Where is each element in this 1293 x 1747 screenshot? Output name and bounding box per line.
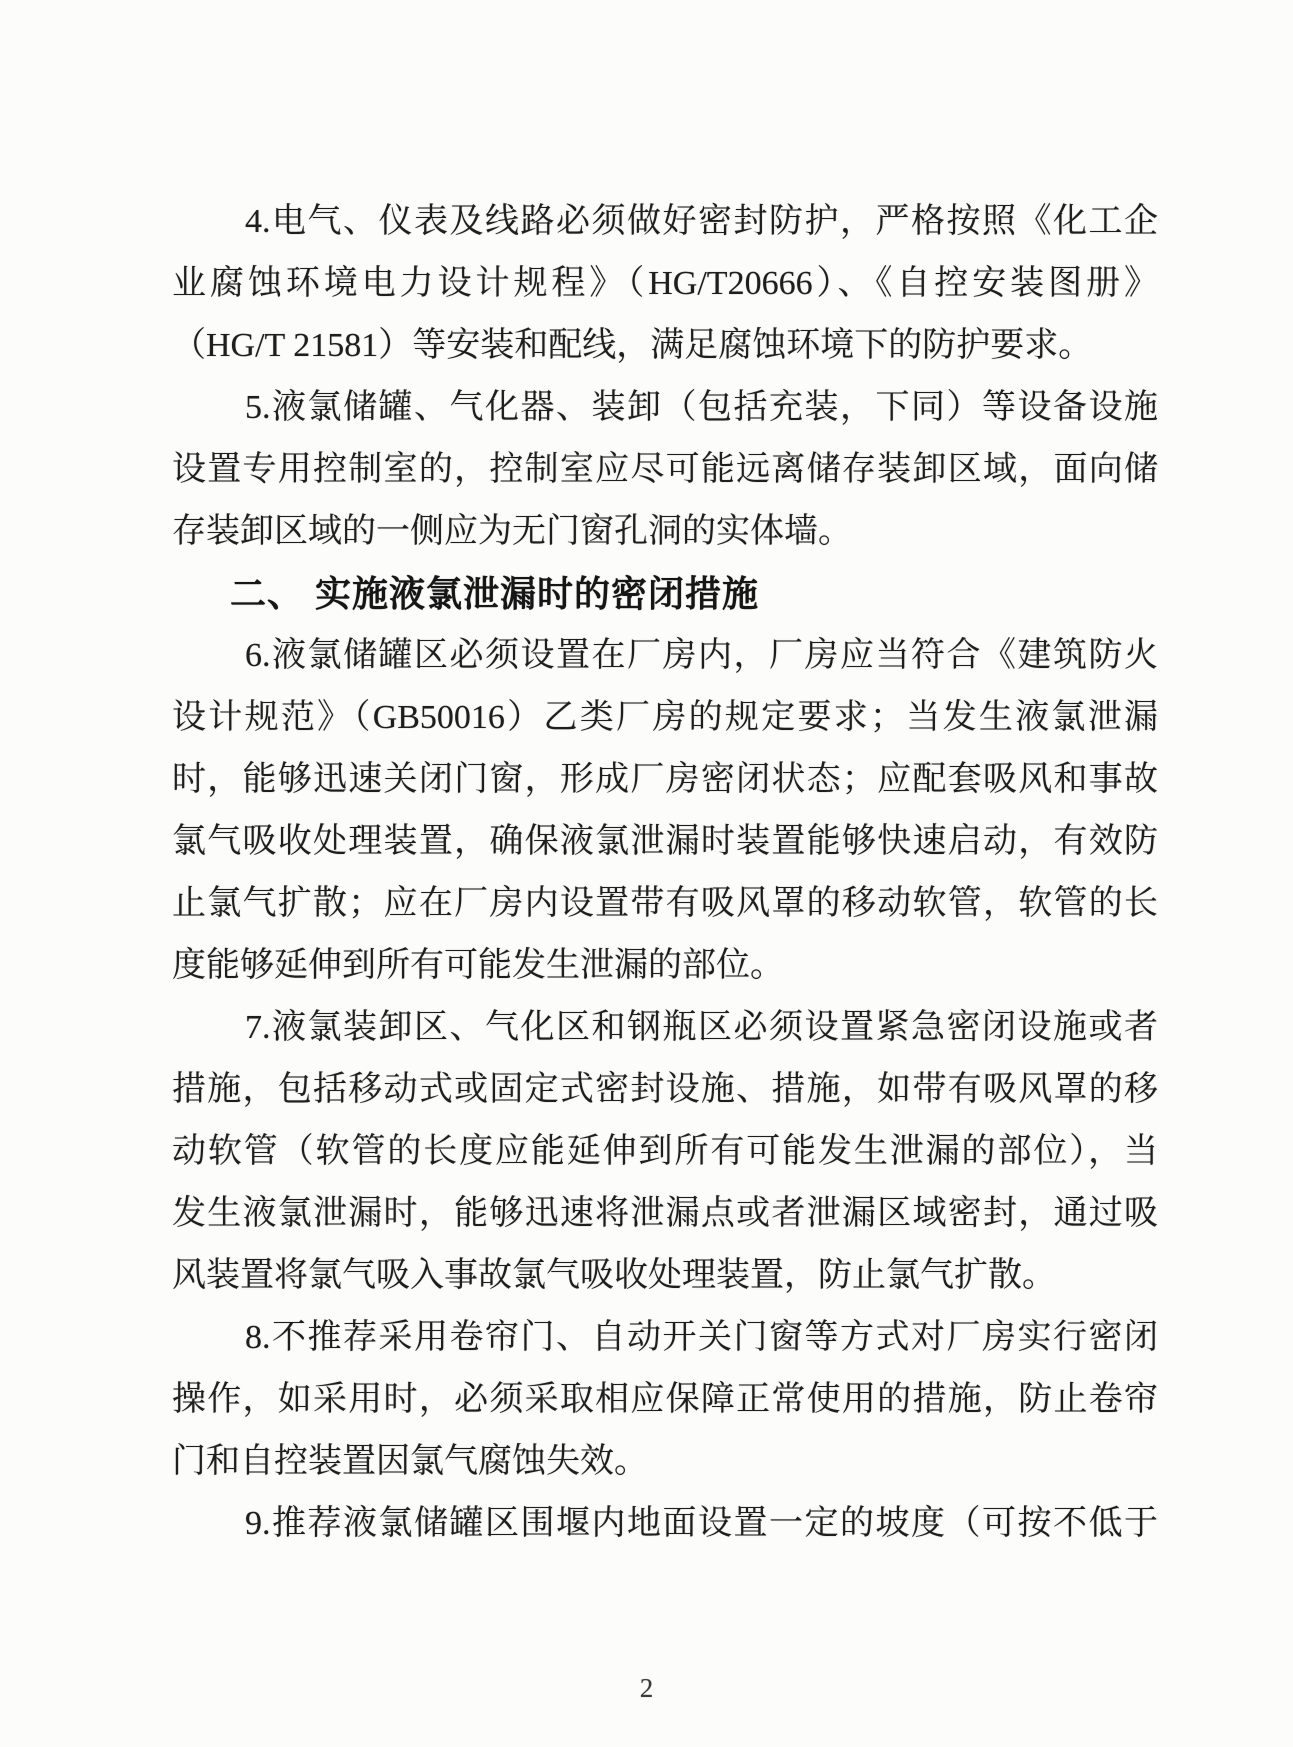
text-line: 止氯气扩散；应在厂房内设置带有吸风罩的移动软管，软管的长: [172, 873, 1158, 935]
paragraph: 9.推荐液氯储罐区围堰内地面设置一定的坡度（可按不低于: [172, 1493, 1158, 1555]
text-line: 4.电气、仪表及线路必须做好密封防护，严格按照《化工企: [172, 191, 1158, 253]
section-heading: 二、 实施液氯泄漏时的密闭措施: [172, 563, 1158, 625]
text-line: 业腐蚀环境电力设计规程》（HG/T20666）、《自控安装图册》: [172, 253, 1158, 315]
text-line: 设计规范》（GB50016）乙类厂房的规定要求；当发生液氯泄漏: [172, 687, 1158, 749]
document-page: 4.电气、仪表及线路必须做好密封防护，严格按照《化工企 业腐蚀环境电力设计规程》…: [0, 0, 1293, 1747]
text-line: 5.液氯储罐、气化器、装卸（包括充装，下同）等设备设施: [172, 377, 1158, 439]
text-line: 操作，如采用时，必须采取相应保障正常使用的措施，防止卷帘: [172, 1369, 1158, 1431]
paragraph: 7.液氯装卸区、气化区和钢瓶区必须设置紧急密闭设施或者 措施，包括移动式或固定式…: [172, 997, 1158, 1307]
paragraph: 6.液氯储罐区必须设置在厂房内，厂房应当符合《建筑防火 设计规范》（GB5001…: [172, 625, 1158, 997]
page-number: 2: [0, 1668, 1293, 1708]
text-line: 6.液氯储罐区必须设置在厂房内，厂房应当符合《建筑防火: [172, 625, 1158, 687]
text-line: 风装置将氯气吸入事故氯气吸收处理装置，防止氯气扩散。: [172, 1245, 1158, 1307]
text-line: 度能够延伸到所有可能发生泄漏的部位。: [172, 935, 1158, 997]
text-line: 存装卸区域的一侧应为无门窗孔洞的实体墙。: [172, 501, 1158, 563]
text-line: 措施，包括移动式或固定式密封设施、措施，如带有吸风罩的移: [172, 1059, 1158, 1121]
paragraph: 5.液氯储罐、气化器、装卸（包括充装，下同）等设备设施 设置专用控制室的，控制室…: [172, 377, 1158, 563]
text-line: 时，能够迅速关闭门窗，形成厂房密闭状态；应配套吸风和事故: [172, 749, 1158, 811]
section-heading-text: 二、 实施液氯泄漏时的密闭措施: [172, 563, 1158, 625]
text-line: 9.推荐液氯储罐区围堰内地面设置一定的坡度（可按不低于: [172, 1493, 1158, 1555]
text-line: 7.液氯装卸区、气化区和钢瓶区必须设置紧急密闭设施或者: [172, 997, 1158, 1059]
paragraph: 4.电气、仪表及线路必须做好密封防护，严格按照《化工企 业腐蚀环境电力设计规程》…: [172, 191, 1158, 377]
text-line: 发生液氯泄漏时，能够迅速将泄漏点或者泄漏区域密封，通过吸: [172, 1183, 1158, 1245]
text-line: 门和自控装置因氯气腐蚀失效。: [172, 1431, 1158, 1493]
text-line: 设置专用控制室的，控制室应尽可能远离储存装卸区域，面向储: [172, 439, 1158, 501]
paragraph: 8.不推荐采用卷帘门、自动开关门窗等方式对厂房实行密闭 操作，如采用时，必须采取…: [172, 1307, 1158, 1493]
document-text-block: 4.电气、仪表及线路必须做好密封防护，严格按照《化工企 业腐蚀环境电力设计规程》…: [172, 191, 1158, 1555]
text-line: （HG/T 21581）等安装和配线，满足腐蚀环境下的防护要求。: [172, 315, 1158, 377]
text-line: 8.不推荐采用卷帘门、自动开关门窗等方式对厂房实行密闭: [172, 1307, 1158, 1369]
text-line: 氯气吸收处理装置，确保液氯泄漏时装置能够快速启动，有效防: [172, 811, 1158, 873]
text-line: 动软管（软管的长度应能延伸到所有可能发生泄漏的部位），当: [172, 1121, 1158, 1183]
